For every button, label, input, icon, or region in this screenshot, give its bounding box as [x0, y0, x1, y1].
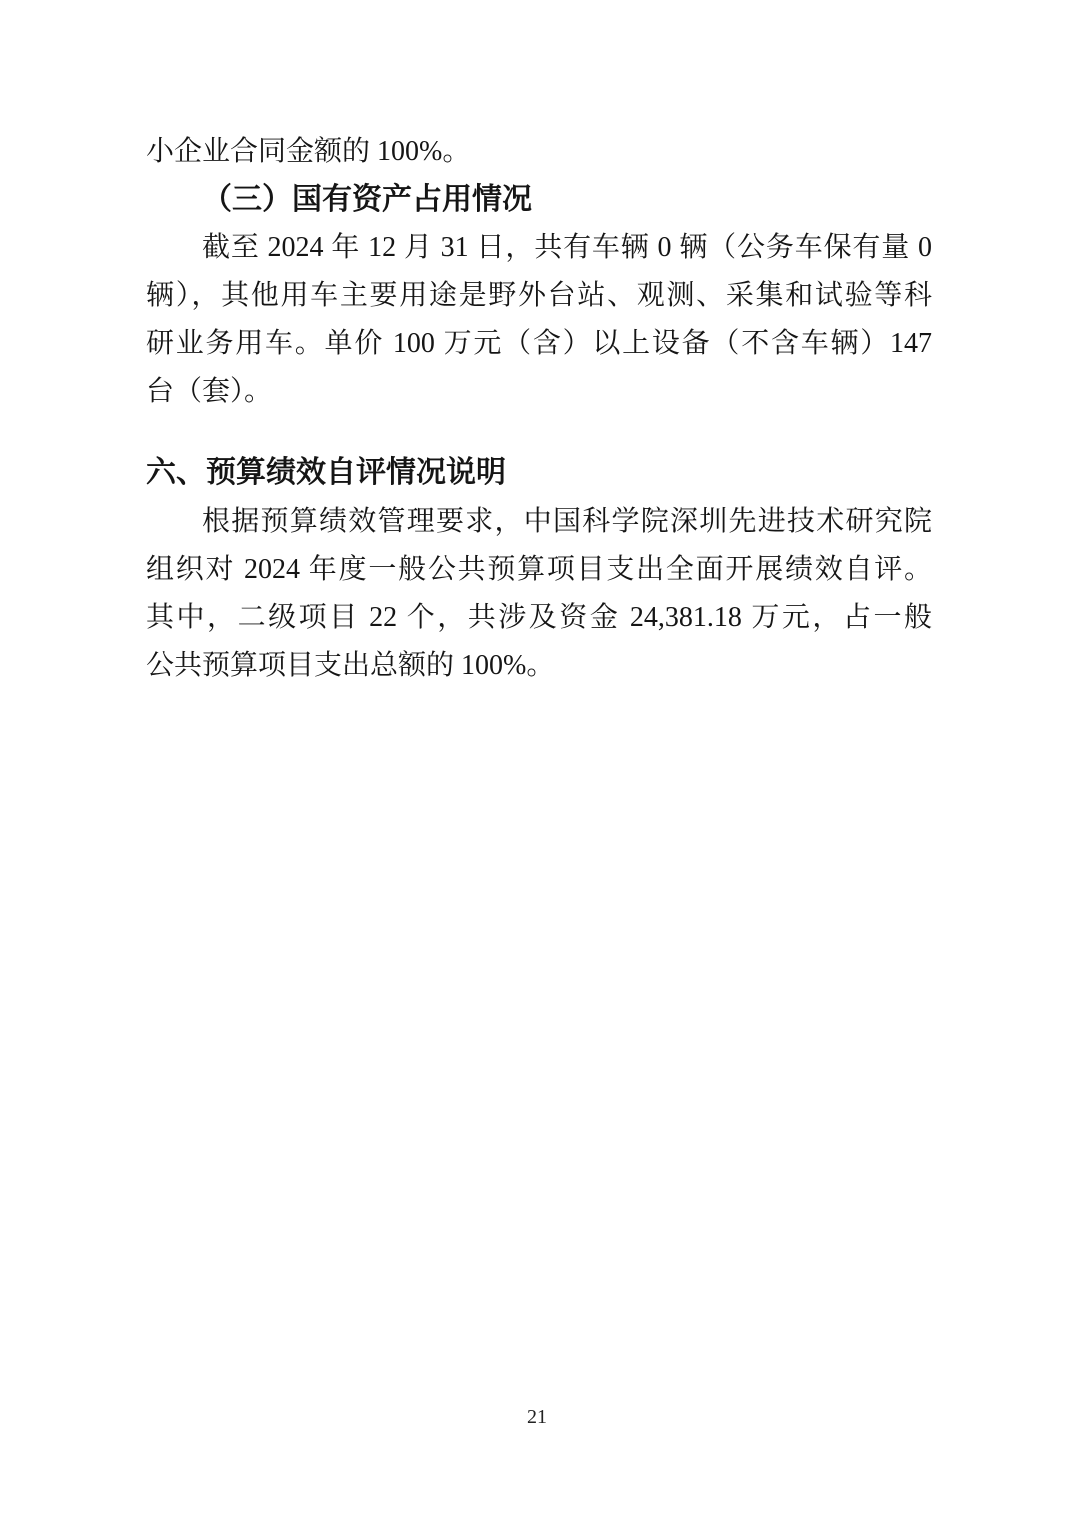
performance-paragraph-line: 其中，二级项目 22 个，共涉及资金 24,381.18 万元，占一般: [146, 594, 932, 642]
section-6-heading: 六、预算绩效自评情况说明: [146, 448, 932, 498]
performance-paragraph-line: 组织对 2024 年度一般公共预算项目支出全面开展绩效自评。: [146, 546, 932, 594]
assets-paragraph-line: 截至 2024 年 12 月 31 日，共有车辆 0 辆（公务车保有量 0: [146, 224, 932, 272]
performance-paragraph-line: 根据预算绩效管理要求，中国科学院深圳先进技术研究院: [146, 498, 932, 546]
section-3-heading: （三）国有资产占用情况: [146, 176, 932, 224]
page-number: 21: [0, 1406, 1074, 1429]
assets-section-block: 小企业合同金额的 100%。 （三）国有资产占用情况 截至 2024 年 12 …: [146, 128, 932, 416]
section-6-heading-block: 六、预算绩效自评情况说明: [146, 448, 932, 498]
performance-paragraph-line: 公共预算项目支出总额的 100%。: [146, 642, 932, 690]
document-page: 小企业合同金额的 100%。 （三）国有资产占用情况 截至 2024 年 12 …: [0, 0, 1074, 1520]
assets-paragraph-line: 台（套）。: [146, 368, 932, 416]
performance-paragraph-block: 根据预算绩效管理要求，中国科学院深圳先进技术研究院 组织对 2024 年度一般公…: [146, 498, 932, 690]
previous-paragraph-last-line: 小企业合同金额的 100%。: [146, 128, 932, 176]
assets-paragraph-line: 辆），其他用车主要用途是野外台站、观测、采集和试验等科: [146, 272, 932, 320]
assets-paragraph-line: 研业务用车。单价 100 万元（含）以上设备（不含车辆）147: [146, 320, 932, 368]
